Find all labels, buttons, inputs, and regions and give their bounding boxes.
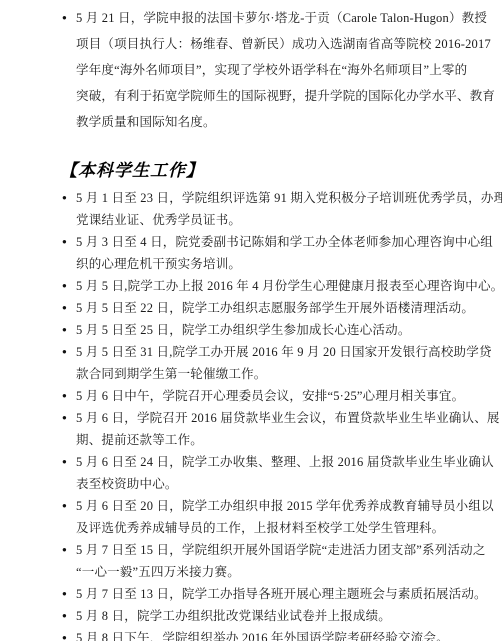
bullet-icon: ●: [62, 583, 67, 605]
text-line: 5 月 5 日,院学工办上报 2016 年 4 月份学生心理健康月报表至心理咨询…: [76, 275, 496, 297]
text-line: 5 月 5 日至 22 日，院学工办组织志愿服务部学生开展外语楼清理活动。: [76, 297, 496, 319]
bullet-icon: ●: [62, 5, 67, 31]
text-line: 党课结业证、优秀学员证书。: [76, 209, 496, 231]
text-line: 5 月 6 日至 24 日，院学工办收集、整理、上报 2016 届贷款毕业生毕业…: [76, 451, 496, 473]
bullet-icon: ●: [62, 187, 67, 209]
text-line: 5 月 6 日中午，学院召开心理委员会议，安排“5·25”心理月相关事宜。: [76, 385, 496, 407]
text-line: 教学质量和国际知名度。: [76, 109, 496, 135]
bullet-icon: ●: [62, 495, 67, 517]
text-line: 5 月 3 日至 4 日，院党委副书记陈娟和学工办全体老师参加心理咨询中心组: [76, 231, 496, 253]
bullet-icon: ●: [62, 231, 67, 253]
item-text: 5 月 5 日至 22 日，院学工办组织志愿服务部学生开展外语楼清理活动。: [76, 297, 496, 319]
item-text: 5 月 7 日至 13 日，院学工办指导各班开展心理主题班会与素质拓展活动。: [76, 583, 496, 605]
bullet-item: ●5 月 1 日至 23 日，学院组织评选第 91 期入党积极分子培训班优秀学员…: [62, 187, 496, 231]
item-text: 5 月 5 日至 31 日,院学工办开展 2016 年 9 月 20 日国家开发…: [76, 341, 496, 385]
bullet-item: ●5 月 7 日至 13 日，院学工办指导各班开展心理主题班会与素质拓展活动。: [62, 583, 496, 605]
text-line: 5 月 7 日至 13 日，院学工办指导各班开展心理主题班会与素质拓展活动。: [76, 583, 496, 605]
item-text: 5 月 1 日至 23 日，学院组织评选第 91 期入党积极分子培训班优秀学员，…: [76, 187, 496, 231]
bullet-item: ●5 月 8 日下午，学院组织举办 2016 年外国语学院考研经验交流会。: [62, 627, 496, 641]
item-text: 5 月 7 日至 15 日，学院组织开展外国语学院“走进活力团支部”系列活动之“…: [76, 539, 496, 583]
item-text: 5 月 5 日,院学工办上报 2016 年 4 月份学生心理健康月报表至心理咨询…: [76, 275, 496, 297]
text-line: 学年度“海外名师项目”，实现了学校外语学科在“海外名师项目”上零的: [76, 57, 496, 83]
text-line: 项目（项目执行人：杨维春、曾新民）成功入选湖南省高等院校 2016-2017: [76, 31, 496, 57]
bullet-icon: ●: [62, 407, 67, 429]
work-bullet-list: ●5 月 1 日至 23 日，学院组织评选第 91 期入党积极分子培训班优秀学员…: [62, 187, 496, 641]
text-line: 表至校资助中心。: [76, 473, 496, 495]
item-text: 5 月 6 日至 24 日，院学工办收集、整理、上报 2016 届贷款毕业生毕业…: [76, 451, 496, 495]
text-line: 5 月 7 日至 15 日，学院组织开展外国语学院“走进活力团支部”系列活动之: [76, 539, 496, 561]
text-line: “一心一毅”五四万米接力赛。: [76, 561, 496, 583]
bullet-item: ●5 月 6 日至 20 日，院学工办组织申报 2015 学年优秀养成教育辅导员…: [62, 495, 496, 539]
bullet-icon: ●: [62, 451, 67, 473]
text-line: 突破，有利于拓宽学院师生的国际视野，提升学院的国际化办学水平、教育: [76, 83, 496, 109]
bullet-item: ●5 月 3 日至 4 日，院党委副书记陈娟和学工办全体老师参加心理咨询中心组织…: [62, 231, 496, 275]
bullet-item: ●5 月 21 日，学院申报的法国卡萝尔·塔龙-于贡（Carole Talon-…: [62, 5, 496, 135]
text-line: 5 月 5 日至 31 日,院学工办开展 2016 年 9 月 20 日国家开发…: [76, 341, 496, 363]
bullet-icon: ●: [62, 385, 67, 407]
document-content: ●5 月 21 日，学院申报的法国卡萝尔·塔龙-于贡（Carole Talon-…: [0, 0, 502, 641]
text-line: 5 月 8 日，院学工办组织批改党课结业试卷并上报成绩。: [76, 605, 496, 627]
item-text: 5 月 3 日至 4 日，院党委副书记陈娟和学工办全体老师参加心理咨询中心组织的…: [76, 231, 496, 275]
item-text: 5 月 21 日，学院申报的法国卡萝尔·塔龙-于贡（Carole Talon-H…: [76, 5, 496, 135]
item-text: 5 月 6 日中午，学院召开心理委员会议，安排“5·25”心理月相关事宜。: [76, 385, 496, 407]
bullet-item: ●5 月 5 日至 25 日，院学工办组织学生参加成长心连心活动。: [62, 319, 496, 341]
item-text: 5 月 8 日下午，学院组织举办 2016 年外国语学院考研经验交流会。: [76, 627, 496, 641]
text-line: 5 月 6 日，学院召开 2016 届贷款毕业生会议，布置贷款毕业生毕业确认、展: [76, 407, 496, 429]
text-line: 5 月 1 日至 23 日，学院组织评选第 91 期入党积极分子培训班优秀学员，…: [76, 187, 496, 209]
item-text: 5 月 6 日，学院召开 2016 届贷款毕业生会议，布置贷款毕业生毕业确认、展…: [76, 407, 496, 451]
bullet-item: ●5 月 8 日，院学工办组织批改党课结业试卷并上报成绩。: [62, 605, 496, 627]
bullet-icon: ●: [62, 341, 67, 363]
bullet-item: ●5 月 7 日至 15 日，学院组织开展外国语学院“走进活力团支部”系列活动之…: [62, 539, 496, 583]
text-line: 期、提前还款等工作。: [76, 429, 496, 451]
bullet-icon: ●: [62, 319, 67, 341]
bullet-icon: ●: [62, 539, 67, 561]
bullet-item: ●5 月 5 日,院学工办上报 2016 年 4 月份学生心理健康月报表至心理咨…: [62, 275, 496, 297]
bullet-icon: ●: [62, 605, 67, 627]
bullet-item: ●5 月 6 日，学院召开 2016 届贷款毕业生会议，布置贷款毕业生毕业确认、…: [62, 407, 496, 451]
item-text: 5 月 6 日至 20 日，院学工办组织申报 2015 学年优秀养成教育辅导员小…: [76, 495, 496, 539]
bullet-item: ●5 月 6 日中午，学院召开心理委员会议，安排“5·25”心理月相关事宜。: [62, 385, 496, 407]
bullet-icon: ●: [62, 275, 67, 297]
bullet-item: ●5 月 6 日至 24 日，院学工办收集、整理、上报 2016 届贷款毕业生毕…: [62, 451, 496, 495]
section-heading: 【本科学生工作】: [60, 159, 496, 183]
item-text: 5 月 8 日，院学工办组织批改党课结业试卷并上报成绩。: [76, 605, 496, 627]
bullet-item: ●5 月 5 日至 22 日，院学工办组织志愿服务部学生开展外语楼清理活动。: [62, 297, 496, 319]
text-line: 5 月 21 日，学院申报的法国卡萝尔·塔龙-于贡（Carole Talon-H…: [76, 5, 496, 31]
intro-bullet-list: ●5 月 21 日，学院申报的法国卡萝尔·塔龙-于贡（Carole Talon-…: [62, 5, 496, 135]
text-line: 5 月 8 日下午，学院组织举办 2016 年外国语学院考研经验交流会。: [76, 627, 496, 641]
text-line: 织的心理危机干预实务培训。: [76, 253, 496, 275]
item-text: 5 月 5 日至 25 日，院学工办组织学生参加成长心连心活动。: [76, 319, 496, 341]
document-page: ●5 月 21 日，学院申报的法国卡萝尔·塔龙-于贡（Carole Talon-…: [0, 0, 502, 641]
text-line: 5 月 5 日至 25 日，院学工办组织学生参加成长心连心活动。: [76, 319, 496, 341]
text-line: 及评选优秀养成辅导员的工作，上报材料至校学工处学生管理科。: [76, 517, 496, 539]
bullet-icon: ●: [62, 297, 67, 319]
text-line: 5 月 6 日至 20 日，院学工办组织申报 2015 学年优秀养成教育辅导员小…: [76, 495, 496, 517]
text-line: 款合同到期学生第一轮催缴工作。: [76, 363, 496, 385]
bullet-icon: ●: [62, 627, 67, 641]
bullet-item: ●5 月 5 日至 31 日,院学工办开展 2016 年 9 月 20 日国家开…: [62, 341, 496, 385]
